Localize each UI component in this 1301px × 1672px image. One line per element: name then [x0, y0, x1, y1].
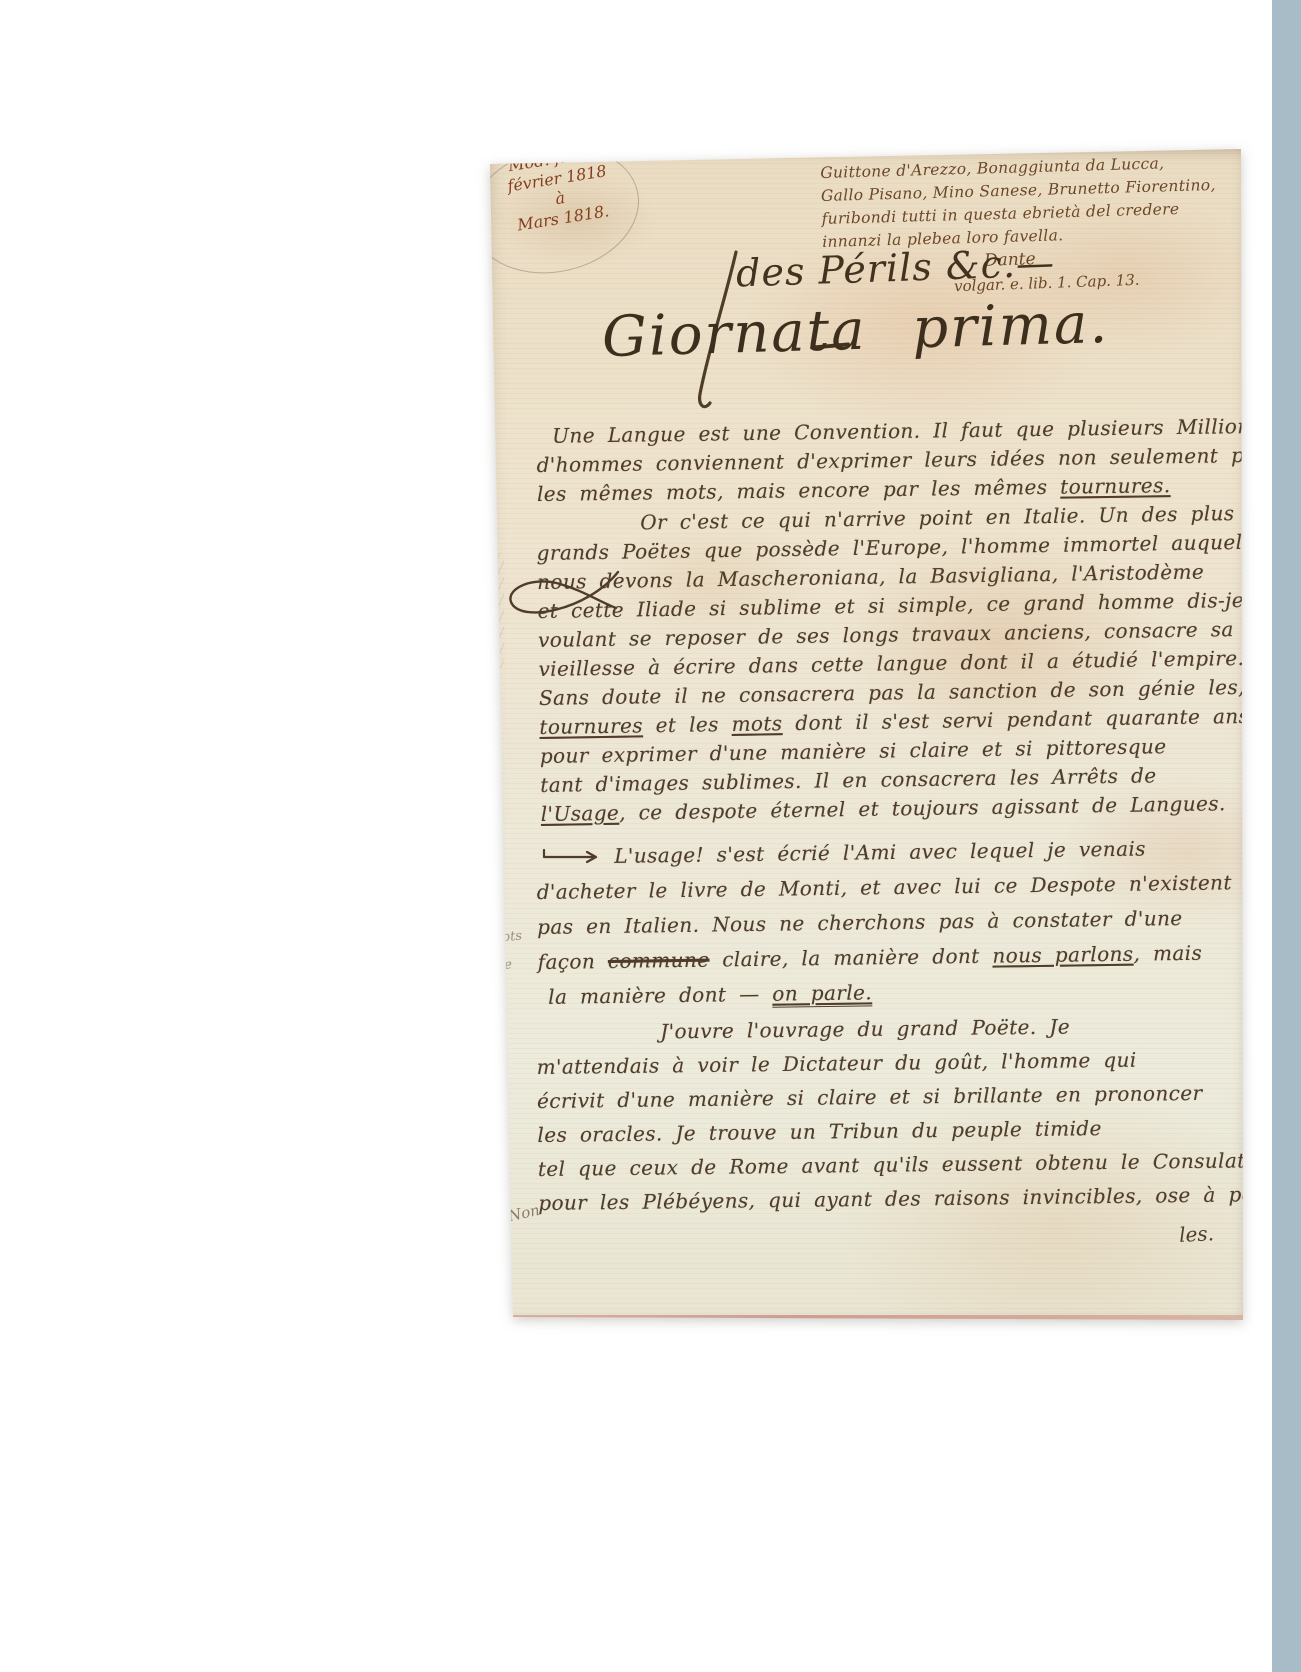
margin-note: mots [489, 929, 522, 947]
margin-brace-mark: { [482, 936, 501, 971]
paragraph: Or c'est ce qui n'arrive point en Italie… [536, 499, 1241, 829]
dante-quote-annotation: Guittone d'Arezzo, Bonaggiunta da Lucca,… [820, 150, 1242, 254]
manuscript-paper-wrap: Mod. fin de février 1818 à Mars 1818. Gu… [484, 148, 1246, 1322]
margin-note: ire [493, 957, 512, 974]
catchword: les. [1103, 1221, 1214, 1251]
manuscript-line: pour les Plébéyens, qui ayant des raison… [538, 1177, 1238, 1220]
paragraph: Une Langue est une Convention. Il faut q… [536, 412, 1237, 509]
margin-note: Non [506, 1201, 541, 1225]
chapter-title: Giornata prima. [601, 291, 1110, 370]
manuscript-paper: Mod. fin de février 1818 à Mars 1818. Gu… [484, 148, 1246, 1322]
right-border-band [1272, 0, 1301, 1672]
pencil-hatch-marks [484, 553, 504, 668]
manuscript-scan-page: Mod. fin de février 1818 à Mars 1818. Gu… [0, 0, 1301, 1672]
paragraph: L'usage! s'est écrié l'Ami avec lequel j… [536, 830, 1238, 1015]
paragraph: J'ouvre l'ouvrage du grand Poëte. Jem'at… [536, 1007, 1238, 1220]
